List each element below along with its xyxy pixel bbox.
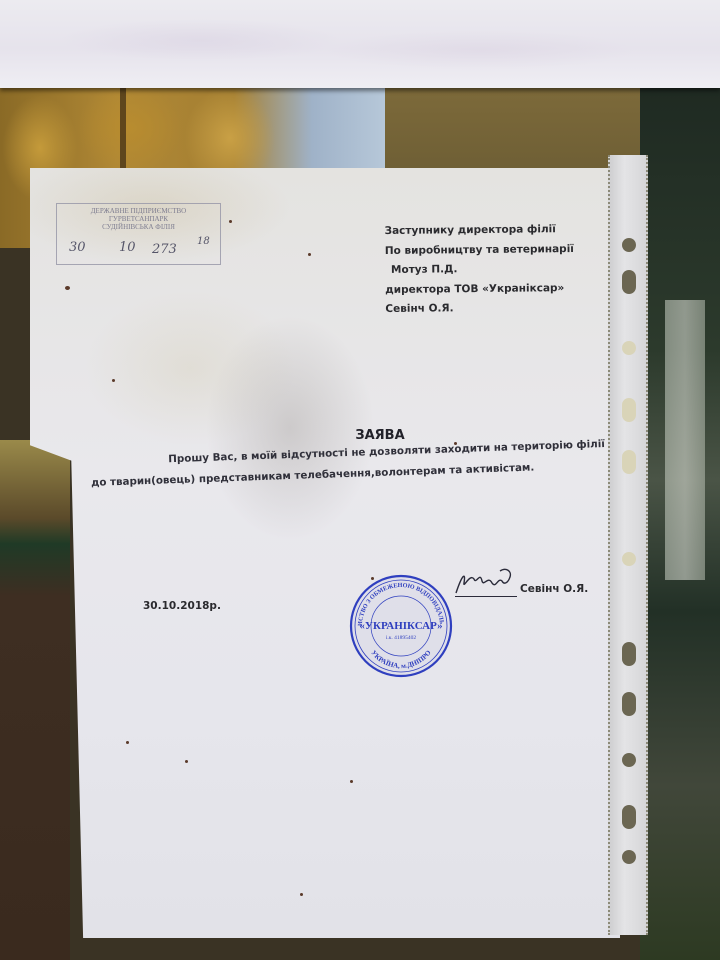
reg-month: 10 <box>119 244 136 252</box>
company-seal: ТОВАРИСТВО З ОБМЕЖЕНОЮ ВІДПОВІДАЛЬНІСТЮ … <box>348 573 454 679</box>
punch-hole <box>622 270 636 294</box>
reg-stamp-line: ГУРВЕТСАНПАРК <box>57 215 220 223</box>
punch-hole <box>622 692 636 716</box>
top-paper-sheet <box>0 0 720 88</box>
dirt-speck <box>350 780 353 783</box>
addressee-line: По виробництву та ветеринарії <box>385 240 574 261</box>
addressee-block: Заступнику директора філії По виробництв… <box>384 220 574 319</box>
seal-code-text: і.к. 41895402 <box>386 635 417 641</box>
dirt-speck <box>229 220 232 223</box>
window-frame-left <box>0 440 70 960</box>
dirt-speck <box>126 741 129 744</box>
punch-hole <box>622 398 636 422</box>
dirt-speck <box>112 379 115 382</box>
seal-center-text: «УКРАНІКСАР» <box>359 620 442 632</box>
reg-stamp-line: СУДІЙНІВСЬКА ФІЛІЯ <box>57 223 220 231</box>
punch-hole <box>622 850 636 864</box>
signer-name: Севінч О.Я. <box>520 583 588 595</box>
reg-number: 273 <box>152 246 177 254</box>
document-date: 30.10.2018р. <box>143 600 221 612</box>
punch-hole <box>622 341 636 355</box>
wall-reflection <box>385 88 645 178</box>
tree-trunk-reflection <box>120 88 126 168</box>
sheet-protector-strip <box>608 155 648 935</box>
document-title: ЗАЯВА <box>0 428 720 443</box>
dirt-speck <box>65 286 70 290</box>
addressee-line: директора ТОВ «Украніксар» <box>385 279 574 300</box>
dirt-speck <box>308 253 311 256</box>
signature-mark <box>452 565 520 597</box>
punch-hole <box>622 642 636 666</box>
reg-year: 18 <box>197 238 210 246</box>
dirt-speck <box>454 442 457 445</box>
dirt-speck <box>185 760 188 763</box>
punch-hole <box>622 450 636 474</box>
punch-hole <box>622 238 636 252</box>
addressee-line: Мотуз П.Д. <box>385 259 574 280</box>
addressee-line: Заступнику директора філії <box>384 220 573 241</box>
punch-hole <box>622 552 636 566</box>
reg-stamp-line: ДЕРЖАВНЕ ПІДПРИЄМСТВО <box>57 207 220 215</box>
registration-stamp: ДЕРЖАВНЕ ПІДПРИЄМСТВО ГУРВЕТСАНПАРК СУДІ… <box>56 203 221 265</box>
reg-day: 30 <box>69 244 86 252</box>
punch-hole <box>622 753 636 767</box>
addressee-line: Севінч О.Я. <box>385 298 574 319</box>
punch-hole <box>622 805 636 829</box>
dirt-speck <box>300 893 303 896</box>
